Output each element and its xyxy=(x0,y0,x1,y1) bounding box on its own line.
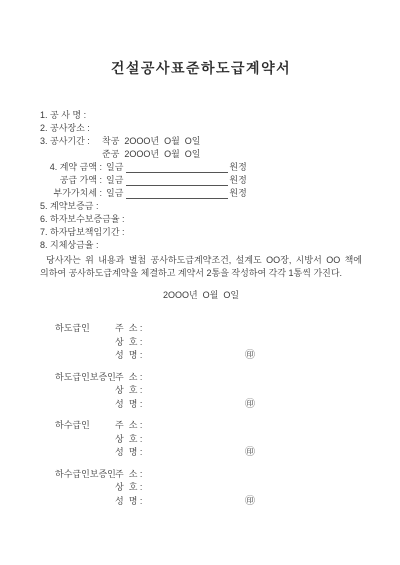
amount-prefix: 일금 xyxy=(106,187,123,200)
company-row: 상 호 : xyxy=(115,481,362,495)
seal-mark: ㊞ xyxy=(245,446,255,460)
name-label: 성 명 : xyxy=(115,447,142,457)
company-row: 상 호 : xyxy=(115,433,362,447)
address-label: 주 소 : xyxy=(115,469,142,479)
contract-date: 2OOO년 O월 O일 xyxy=(40,289,362,302)
contract-terms-list: 1. 공 사 명 : 2. 공사장소 : 3. 공사기간 : 착공 2OOO년 … xyxy=(40,109,362,252)
name-row: 성 명 :㊞ xyxy=(115,398,362,412)
address-label: 주 소 : xyxy=(115,323,142,333)
address-label: 주 소 : xyxy=(115,420,142,430)
term-project-name: 1. 공 사 명 : xyxy=(40,109,362,122)
address-row: 주 소 : xyxy=(115,322,362,336)
address-label: 주 소 : xyxy=(115,372,142,382)
seal-mark: ㊞ xyxy=(245,398,255,412)
company-row: 상 호 : xyxy=(115,384,362,398)
term-contract-bond: 5. 계약보증금 : xyxy=(40,200,362,213)
company-row: 상 호 : xyxy=(115,336,362,350)
name-row: 성 명 :㊞ xyxy=(115,349,362,363)
term-construction-period: 3. 공사기간 : 착공 2OOO년 O월 O일 xyxy=(40,135,362,148)
term-defect-liability-period: 7. 하자담보책임기간 : xyxy=(40,226,362,239)
term-vat: 부가가치세 : 일금 원정 xyxy=(40,187,362,200)
term-site-location: 2. 공사장소 : xyxy=(40,122,362,135)
signer-role: 하도급인보증인 xyxy=(55,371,115,412)
name-label: 성 명 : xyxy=(115,350,142,360)
signer-fields: 주 소 : 상 호 : 성 명 :㊞ xyxy=(115,468,362,509)
company-label: 상 호 : xyxy=(115,434,142,444)
agreement-paragraph: 당사자는 위 내용과 별첨 공사하도급계약조건, 설계도 OO장, 시방서 OO… xyxy=(40,254,362,280)
name-row: 성 명 :㊞ xyxy=(115,495,362,509)
name-label: 성 명 : xyxy=(115,496,142,506)
signer-fields: 주 소 : 상 호 : 성 명 :㊞ xyxy=(115,419,362,460)
signer-block-subcontractor-giver: 하도급인 주 소 : 상 호 : 성 명 :㊞ xyxy=(55,322,362,363)
company-label: 상 호 : xyxy=(115,385,142,395)
seal-mark: ㊞ xyxy=(245,349,255,363)
address-row: 주 소 : xyxy=(115,468,362,482)
signer-block-subcontractor-giver-guarantor: 하도급인보증인 주 소 : 상 호 : 성 명 :㊞ xyxy=(55,371,362,412)
address-row: 주 소 : xyxy=(115,371,362,385)
name-label: 성 명 : xyxy=(115,399,142,409)
signer-role: 하도급인 xyxy=(55,322,115,363)
contract-amount-label: 4. 계약 금액 : xyxy=(40,161,102,174)
term-period-label: 3. 공사기간 : xyxy=(40,135,102,148)
signer-fields: 주 소 : 상 호 : 성 명 :㊞ xyxy=(115,371,362,412)
name-row: 성 명 :㊞ xyxy=(115,446,362,460)
signer-fields: 주 소 : 상 호 : 성 명 :㊞ xyxy=(115,322,362,363)
amount-blank-underline xyxy=(126,187,228,199)
company-label: 상 호 : xyxy=(115,482,142,492)
supply-value-label: 공급 가액 : xyxy=(40,174,102,187)
amount-suffix: 원정 xyxy=(229,174,246,187)
seal-mark: ㊞ xyxy=(245,495,255,509)
term-supply-value: 공급 가액 : 일금 원정 xyxy=(40,174,362,187)
amount-suffix: 원정 xyxy=(229,161,246,174)
signer-role: 하수급인보증인 xyxy=(55,468,115,509)
amount-prefix: 일금 xyxy=(106,161,123,174)
amount-suffix: 원정 xyxy=(229,187,246,200)
amount-prefix: 일금 xyxy=(106,174,123,187)
signer-block-subcontractor-receiver-guarantor: 하수급인보증인 주 소 : 상 호 : 성 명 :㊞ xyxy=(55,468,362,509)
contract-document-page: 건설공사표준하도급계약서 1. 공 사 명 : 2. 공사장소 : 3. 공사기… xyxy=(0,0,400,565)
signature-section: 하도급인 주 소 : 상 호 : 성 명 :㊞ 하도급인보증인 주 소 : 상 … xyxy=(55,322,362,508)
document-title: 건설공사표준하도급계약서 xyxy=(40,58,362,78)
term-period-start-date: 착공 2OOO년 O월 O일 xyxy=(102,135,200,148)
vat-label: 부가가치세 : xyxy=(40,187,102,200)
signer-block-subcontractor-receiver: 하수급인 주 소 : 상 호 : 성 명 :㊞ xyxy=(55,419,362,460)
signer-role: 하수급인 xyxy=(55,419,115,460)
company-label: 상 호 : xyxy=(115,337,142,347)
amount-blank-underline xyxy=(126,161,228,173)
term-defect-repair-bond-rate: 6. 하자보수보증금율 : xyxy=(40,213,362,226)
amount-blank-underline xyxy=(126,174,228,186)
term-period-end-date: 준공 2OOO년 O월 O일 xyxy=(102,148,362,161)
term-delay-penalty-rate: 8. 지체상금율 : xyxy=(40,239,362,252)
address-row: 주 소 : xyxy=(115,419,362,433)
term-contract-amount: 4. 계약 금액 : 일금 원정 xyxy=(40,161,362,174)
